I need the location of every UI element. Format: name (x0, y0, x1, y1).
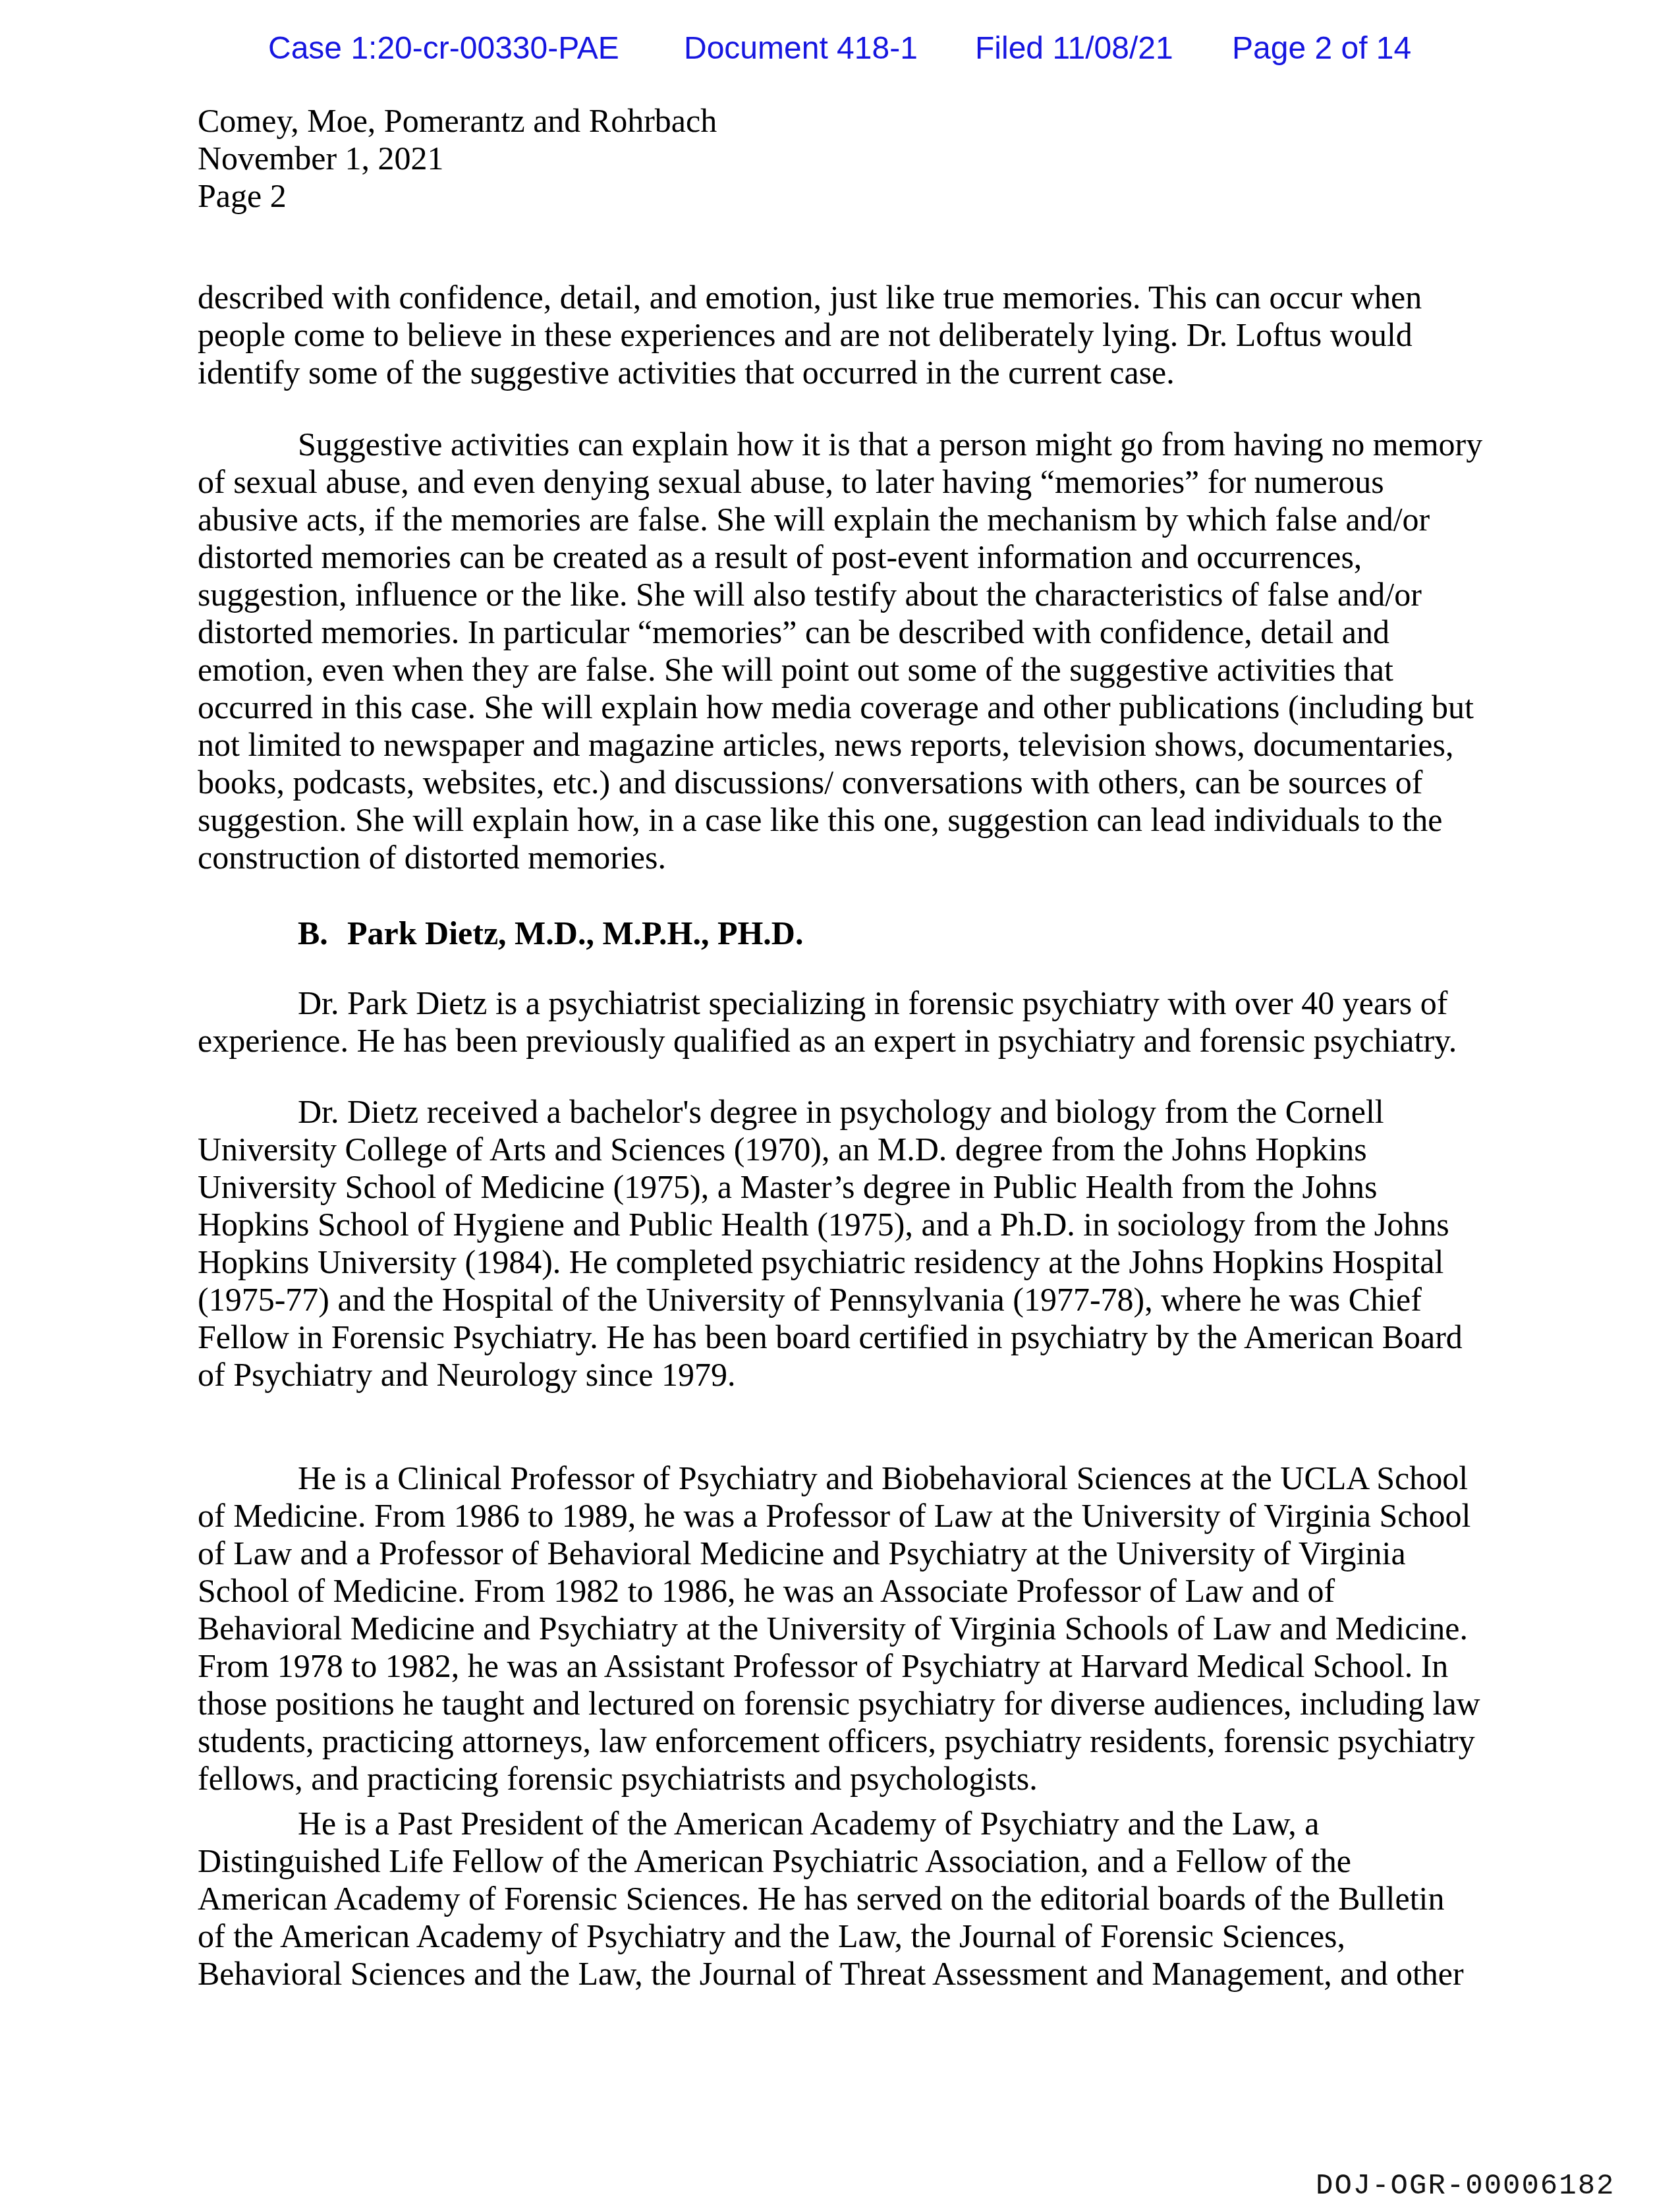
letter-running-header: Comey, Moe, Pomerantz and Rohrbach Novem… (198, 102, 717, 215)
document-number: Document 418-1 (684, 29, 918, 69)
page-count: Page 2 of 14 (1232, 29, 1411, 69)
paragraph-line: American Academy of Forensic Sciences. H… (198, 1880, 1464, 1917)
paragraph-dietz-affiliations: He is a Past President of the American A… (198, 1805, 1464, 1993)
paragraph-line: Hopkins School of Hygiene and Public Hea… (198, 1206, 1463, 1243)
paragraph-line: (1975-77) and the Hospital of the Univer… (198, 1281, 1463, 1319)
recipients: Comey, Moe, Pomerantz and Rohrbach (198, 102, 717, 140)
paragraph-line: University School of Medicine (1975), a … (198, 1168, 1463, 1206)
section-title: Park Dietz, M.D., M.P.H., PH.D. (347, 915, 803, 951)
paragraph-line: Behavioral Sciences and the Law, the Jou… (198, 1955, 1464, 1993)
paragraph-line: students, practicing attorneys, law enfo… (198, 1722, 1480, 1760)
paragraph-suggestive-activities: Suggestive activities can explain how it… (198, 426, 1482, 876)
paragraph-line: experience. He has been previously quali… (198, 1022, 1457, 1060)
paragraph-line: From 1978 to 1982, he was an Assistant P… (198, 1647, 1480, 1685)
paragraph-line: occurred in this case. She will explain … (198, 689, 1482, 726)
paragraph-line: emotion, even when they are false. She w… (198, 651, 1482, 689)
section-letter: B. (298, 915, 347, 952)
letter-page-number: Page 2 (198, 177, 717, 215)
paragraph-line: Distinguished Life Fellow of the America… (198, 1842, 1464, 1880)
paragraph-line: Dr. Park Dietz is a psychiatrist special… (198, 984, 1457, 1022)
paragraph-line: Behavioral Medicine and Psychiatry at th… (198, 1610, 1480, 1647)
paragraph-line: University College of Arts and Sciences … (198, 1131, 1463, 1168)
paragraph-line: suggestion. She will explain how, in a c… (198, 801, 1482, 839)
paragraph-line: construction of distorted memories. (198, 839, 1482, 876)
paragraph-line: distorted memories can be created as a r… (198, 538, 1482, 576)
paragraph-line: identify some of the suggestive activiti… (198, 354, 1422, 391)
paragraph-line: people come to believe in these experien… (198, 316, 1422, 354)
paragraph-line: described with confidence, detail, and e… (198, 279, 1422, 316)
paragraph-line: those positions he taught and lectured o… (198, 1685, 1480, 1722)
paragraph-line: distorted memories. In particular “memor… (198, 613, 1482, 651)
paragraph-line: fellows, and practicing forensic psychia… (198, 1760, 1480, 1798)
paragraph-dietz-education: Dr. Dietz received a bachelor's degree i… (198, 1093, 1463, 1394)
ecf-filing-header: Case 1:20-cr-00330-PAE Document 418-1 Fi… (0, 29, 1680, 69)
paragraph-line: Hopkins University (1984). He completed … (198, 1243, 1463, 1281)
paragraph-line: He is a Clinical Professor of Psychiatry… (198, 1460, 1480, 1497)
paragraph-line: He is a Past President of the American A… (198, 1805, 1464, 1842)
paragraph-line: abusive acts, if the memories are false.… (198, 501, 1482, 538)
bates-number: DOJ-OGR-00006182 (1316, 2167, 1615, 2206)
paragraph-line: Dr. Dietz received a bachelor's degree i… (198, 1093, 1463, 1131)
letter-date: November 1, 2021 (198, 140, 717, 177)
paragraph-line: Suggestive activities can explain how it… (198, 426, 1482, 463)
paragraph-line: of the American Academy of Psychiatry an… (198, 1917, 1464, 1955)
paragraph-dietz-intro: Dr. Park Dietz is a psychiatrist special… (198, 984, 1457, 1060)
filed-date: Filed 11/08/21 (975, 29, 1173, 69)
paragraph-line: not limited to newspaper and magazine ar… (198, 726, 1482, 764)
paragraph-line: suggestion, influence or the like. She w… (198, 576, 1482, 613)
paragraph-line: of Psychiatry and Neurology since 1979. (198, 1356, 1463, 1394)
section-heading: B.Park Dietz, M.D., M.P.H., PH.D. (298, 915, 803, 952)
paragraph-dietz-academic-positions: He is a Clinical Professor of Psychiatry… (198, 1460, 1480, 1798)
paragraph-line: of sexual abuse, and even denying sexual… (198, 463, 1482, 501)
paragraph-line: of Medicine. From 1986 to 1989, he was a… (198, 1497, 1480, 1535)
document-page: Case 1:20-cr-00330-PAE Document 418-1 Fi… (0, 0, 1680, 2212)
paragraph-line: books, podcasts, websites, etc.) and dis… (198, 764, 1482, 801)
paragraph-loftus-continuation: described with confidence, detail, and e… (198, 279, 1422, 391)
case-number: Case 1:20-cr-00330-PAE (268, 29, 619, 69)
paragraph-line: of Law and a Professor of Behavioral Med… (198, 1535, 1480, 1572)
paragraph-line: School of Medicine. From 1982 to 1986, h… (198, 1572, 1480, 1610)
paragraph-line: Fellow in Forensic Psychiatry. He has be… (198, 1319, 1463, 1356)
